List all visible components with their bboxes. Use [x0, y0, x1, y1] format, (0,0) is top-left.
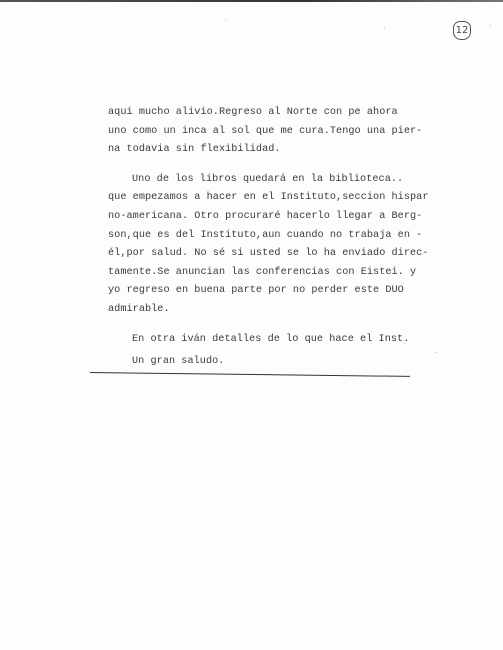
scan-speck [436, 352, 437, 353]
text-line: no-americana. Otro procuraré hacerlo lle… [108, 208, 428, 227]
letter-body: aqui mucho alivio.Regreso al Norte con p… [108, 104, 428, 372]
text-line: aqui mucho alivio.Regreso al Norte con p… [108, 104, 428, 123]
text-line: Uno de los libros quedará en la bibliote… [108, 171, 428, 190]
closing: Un gran saludo. [108, 353, 428, 372]
paragraph-3: En otra iván detalles de lo que hace el … [108, 331, 428, 350]
scan-speck [490, 25, 491, 26]
scan-top-edge [0, 0, 503, 2]
text-line: uno como un inca al sol que me cura.Teng… [108, 123, 428, 142]
text-line: él,por salud. No sé si usted se lo ha en… [108, 245, 428, 264]
text-line: En otra iván detalles de lo que hace el … [108, 331, 428, 350]
text-line: yo regreso en buena parte por no perder … [108, 282, 428, 301]
text-line: na todavia sin flexibilidad. [108, 141, 428, 160]
scan-speck [225, 20, 226, 21]
text-line: tamente.Se anuncian las conferencias con… [108, 264, 428, 283]
scan-speck [404, 343, 405, 344]
page-number-badge: 12 [453, 21, 471, 40]
horizontal-rule [90, 372, 410, 377]
paragraph-2: Uno de los libros quedará en la bibliote… [108, 171, 428, 320]
paragraph-1: aqui mucho alivio.Regreso al Norte con p… [108, 104, 428, 160]
closing-line: Un gran saludo. [108, 353, 428, 372]
scan-speck [384, 28, 385, 29]
text-line: son,que es del Instituto,aun cuando no t… [108, 227, 428, 246]
text-line: admirable. [108, 301, 428, 320]
text-line: que empezamos a hacer en el Instituto,se… [108, 189, 428, 208]
